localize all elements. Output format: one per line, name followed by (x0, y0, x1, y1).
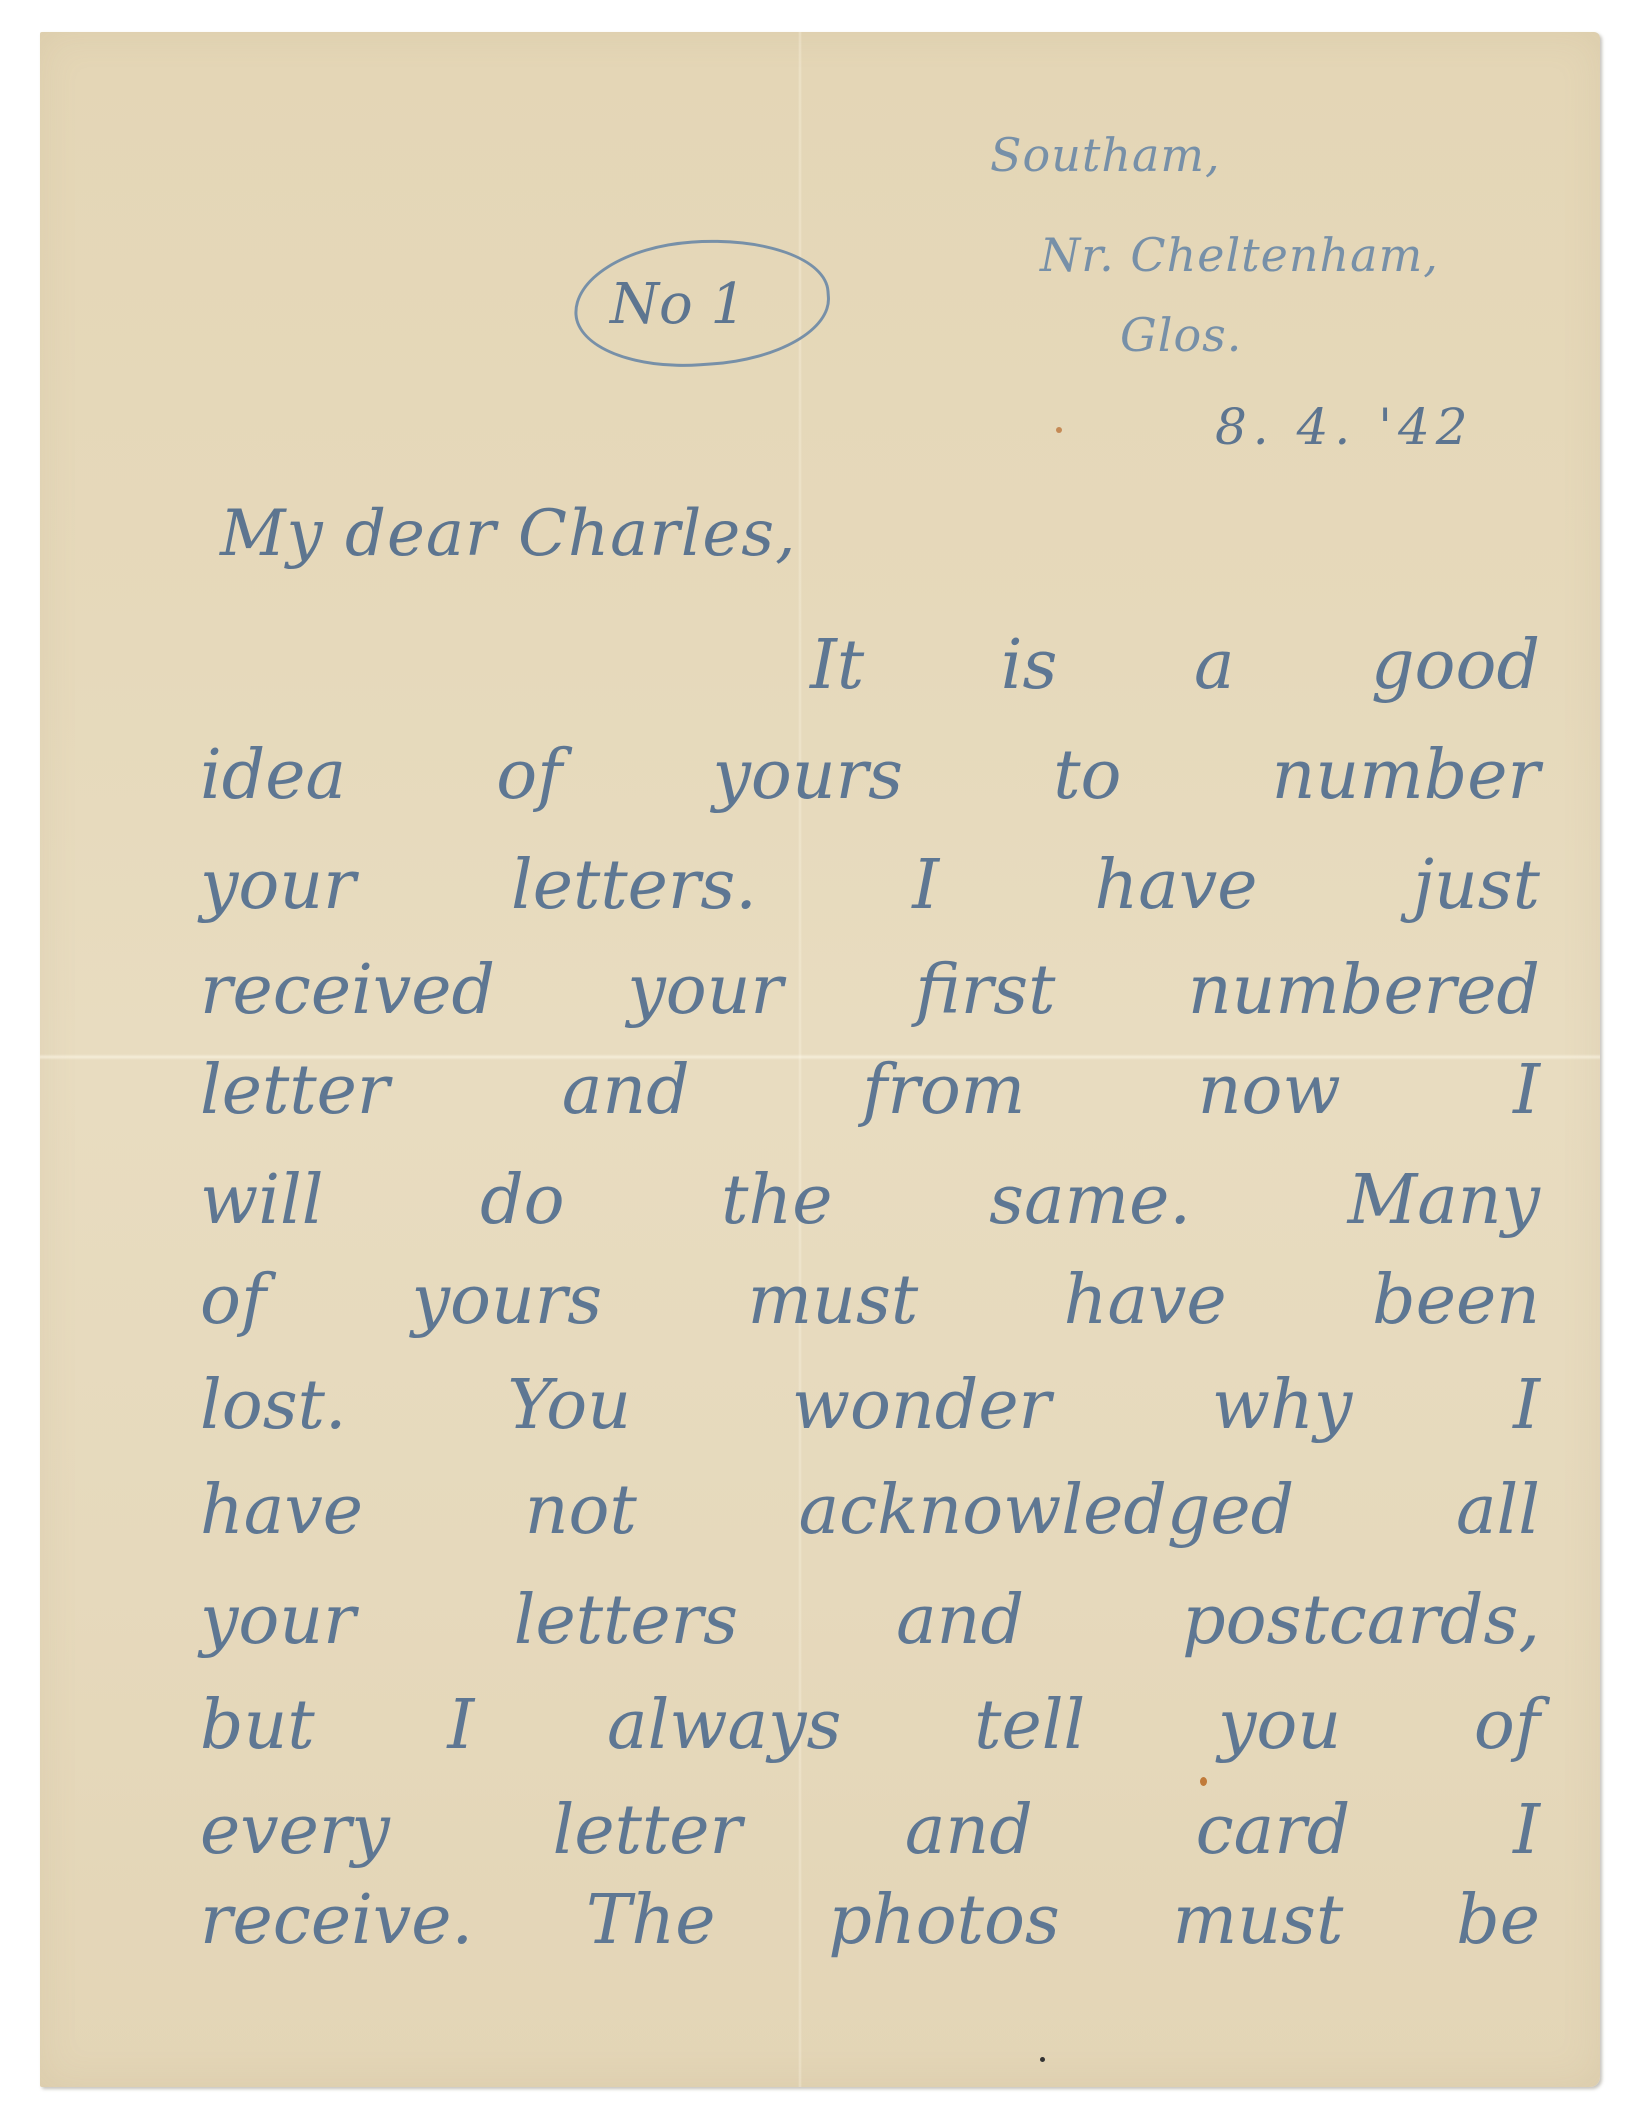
body-line-5: letter and from now I (200, 1057, 1540, 1125)
letter-number-label: No 1 (610, 272, 746, 337)
body-line-1: It is a good (810, 632, 1540, 700)
word: You (507, 1372, 631, 1440)
word: idea (200, 742, 346, 810)
body-line-9: have not acknowledged all (200, 1477, 1540, 1545)
word: to (1053, 742, 1121, 810)
word: your (200, 1587, 356, 1655)
word: always (607, 1692, 841, 1760)
word: from (862, 1057, 1025, 1125)
word: receive. (200, 1887, 473, 1955)
word: The (586, 1887, 715, 1955)
word: now (1198, 1057, 1341, 1125)
word: I (912, 852, 939, 920)
word: wonder (792, 1372, 1051, 1440)
word: same. (989, 1167, 1191, 1235)
word: not (525, 1477, 637, 1545)
word: card (1196, 1797, 1351, 1865)
word: a (1194, 632, 1235, 700)
word: must (748, 1267, 919, 1335)
word: I (1513, 1057, 1540, 1125)
body-line-10: your letters and postcards, (200, 1587, 1540, 1655)
word: have (1095, 852, 1258, 920)
word: and (562, 1057, 690, 1125)
word: good (1371, 632, 1540, 700)
address-line-3: Glos. (1120, 312, 1242, 358)
letter-date: 8. 4. '42 (1215, 402, 1474, 452)
word: yours (712, 742, 903, 810)
word: every (200, 1797, 390, 1865)
body-line-2: idea of yours to number (200, 742, 1540, 810)
word: of (496, 742, 562, 810)
word: been (1372, 1267, 1540, 1335)
body-line-11: but I always tell you of (200, 1692, 1540, 1760)
word: why (1212, 1372, 1352, 1440)
word: first (915, 957, 1055, 1025)
word: yours (412, 1267, 603, 1335)
word: letters. (511, 852, 757, 920)
body-line-13: receive. The photos must be (200, 1887, 1540, 1955)
word: of (1474, 1692, 1540, 1760)
word: must (1173, 1887, 1344, 1955)
word: and (896, 1587, 1024, 1655)
word: is (1001, 632, 1058, 700)
word: the (721, 1167, 832, 1235)
paper-dot (1040, 2057, 1045, 2062)
body-line-3: your letters. I have just (200, 852, 1540, 920)
word: letter (200, 1057, 389, 1125)
body-line-12: every letter and card I (200, 1797, 1540, 1865)
word: letters (514, 1587, 738, 1655)
body-line-4: received your first numbered (200, 957, 1540, 1025)
word: have (200, 1477, 363, 1545)
word: letter (553, 1797, 742, 1865)
paper-stain-speck (1200, 1777, 1207, 1786)
paper-stain-speck (1056, 427, 1062, 433)
word: acknowledged (799, 1477, 1295, 1545)
word: will (200, 1167, 323, 1235)
body-line-7: of yours must have been (200, 1267, 1540, 1335)
word: and (905, 1797, 1033, 1865)
word: be (1456, 1887, 1540, 1955)
word: just (1413, 852, 1540, 920)
word: received (200, 957, 495, 1025)
word: It (810, 632, 864, 700)
address-line-1: Southam, (990, 132, 1221, 178)
word: do (480, 1167, 564, 1235)
word: I (1513, 1797, 1540, 1865)
salutation: My dear Charles, (220, 502, 796, 566)
body-line-8: lost. You wonder why I (200, 1372, 1540, 1440)
word: number (1272, 742, 1540, 810)
word: I (1513, 1372, 1540, 1440)
body-line-6: will do the same. Many (200, 1167, 1540, 1235)
word: lost. (200, 1372, 347, 1440)
word: Many (1348, 1167, 1540, 1235)
word: postcards, (1182, 1587, 1540, 1655)
word: you (1218, 1692, 1341, 1760)
word: of (200, 1267, 266, 1335)
word: I (447, 1692, 474, 1760)
word: tell (974, 1692, 1085, 1760)
address-line-2: Nr. Cheltenham, (1040, 232, 1439, 278)
word: all (1456, 1477, 1540, 1545)
letter-paper: No 1 Southam, Nr. Cheltenham, Glos. 8. 4… (40, 32, 1600, 2087)
word: numbered (1188, 957, 1540, 1025)
word: have (1064, 1267, 1227, 1335)
word: photos (828, 1887, 1059, 1955)
word: your (627, 957, 783, 1025)
word: but (200, 1692, 315, 1760)
word: your (200, 852, 356, 920)
